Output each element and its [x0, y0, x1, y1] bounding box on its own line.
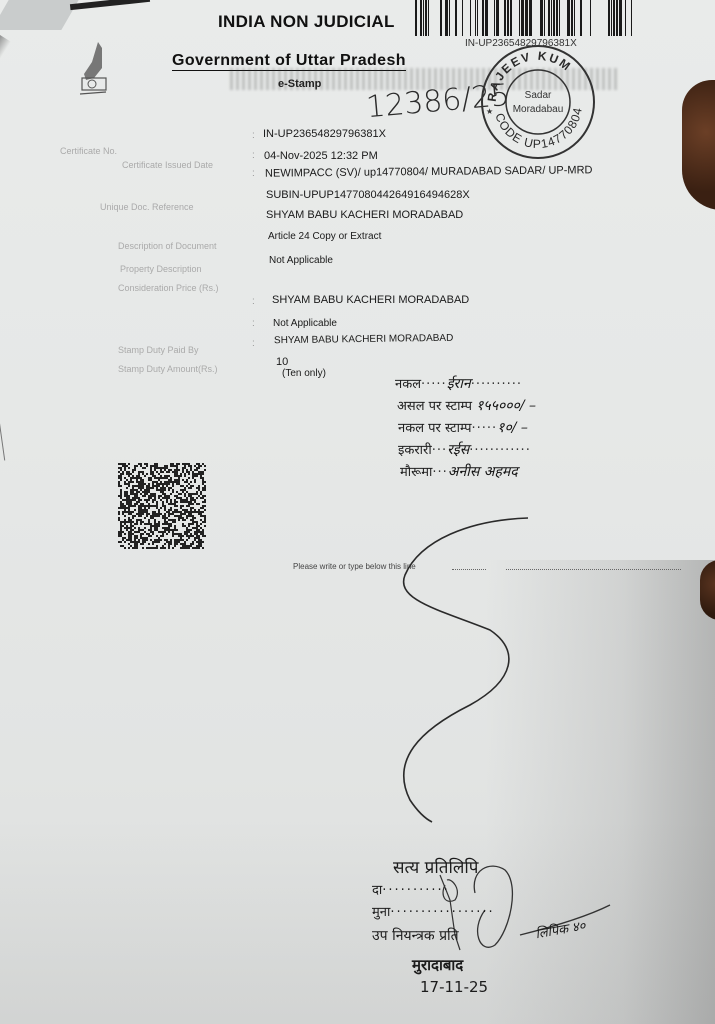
svg-text:Sadar: Sadar	[525, 90, 552, 101]
hindi-note-ikrari: इकरारी···रईस············	[398, 440, 531, 459]
write-below-instruction: Please write or type below this line	[293, 562, 416, 571]
field-label: Certificate Issued Date	[122, 160, 213, 170]
stamp-duty-amount: 10	[276, 356, 288, 368]
svg-text:Moradabau: Moradabau	[513, 104, 564, 115]
hindi-note-nakal: नकल·····ईरान··········	[395, 374, 522, 393]
certificate-number: IN-UP23654829796381X	[263, 128, 386, 140]
note-value: ईरान	[447, 376, 471, 392]
certification-date: 17-11-25	[420, 978, 488, 996]
second-party: Not Applicable	[273, 318, 337, 329]
cert-line-label: दा	[372, 883, 382, 898]
official-seal-icon: RAJEEV KUM CODE UP14770804 Sadar Moradab…	[478, 42, 598, 162]
separator: :	[252, 130, 255, 141]
note-label: नकल पर स्टाम्प	[398, 421, 472, 436]
hindi-note-nakal-stamp: नकल पर स्टाम्प·····१०/ –	[398, 418, 528, 437]
note-value: रईस	[447, 442, 469, 458]
field-label: Stamp Duty Amount(Rs.)	[118, 364, 218, 374]
shadow	[0, 820, 715, 1024]
separator: :	[252, 318, 255, 329]
true-copy-heading: सत्य प्रतिलिपि	[393, 855, 478, 878]
cert-line-2: मुना·················	[372, 902, 495, 920]
document-description: Article 24 Copy or Extract	[268, 231, 381, 242]
property-description: Not Applicable	[269, 255, 333, 266]
separator: :	[252, 338, 255, 349]
unique-doc-reference: SUBIN-UPUP14770804426491649462​8X	[266, 189, 470, 201]
note-label: नकल	[395, 377, 421, 392]
hindi-note-asal-stamp: असल पर स्टाम्प १५५०००/ –	[397, 396, 536, 415]
cert-line-1: दा···········	[372, 880, 450, 898]
estamp-heading: e-Stamp	[278, 78, 321, 90]
svg-text:★: ★	[486, 107, 493, 116]
cert-line-label: मुना	[372, 905, 390, 920]
divider-line	[506, 569, 681, 570]
designation: उप नियन्त्रक प्रति	[372, 926, 459, 945]
separator: :	[252, 296, 255, 307]
office-place: मुरादाबाद	[412, 955, 463, 975]
divider-line	[452, 569, 486, 570]
amount-in-words: (Ten only)	[282, 368, 326, 379]
hindi-note-maurooma: मौरूमा···अनीस अहमद	[400, 462, 518, 481]
separator: :	[252, 168, 255, 179]
note-value: १५५०००/ –	[476, 398, 536, 414]
note-label: असल पर स्टाम्प	[397, 399, 472, 414]
field-label: Stamp Duty Paid By	[118, 345, 199, 355]
separator: :	[252, 150, 255, 161]
finger	[682, 80, 715, 210]
ashoka-emblem-icon	[72, 38, 112, 100]
barcode-icon	[415, 0, 635, 36]
note-label: मौरूमा	[400, 465, 432, 480]
document-type-heading: INDIA NON JUDICIAL	[218, 12, 395, 32]
note-value: १०/ –	[497, 420, 528, 436]
field-label: Unique Doc. Reference	[100, 202, 194, 212]
issued-date: 04-Nov-2025 12:32 PM	[264, 150, 378, 162]
field-label: Property Description	[120, 264, 202, 274]
note-label: इकरारी	[398, 443, 432, 458]
first-party: SHYAM BABU KACHERI MORADABAD	[272, 294, 469, 306]
note-value: अनीस अहमद	[448, 464, 518, 480]
field-label: Certificate No.	[60, 146, 117, 156]
field-label: Description of Document	[118, 241, 217, 251]
field-label: Consideration Price (Rs.)	[118, 283, 219, 293]
qr-code-icon	[118, 463, 206, 549]
purchased-by: SHYAM BABU KACHERI MORADABAD	[266, 209, 463, 221]
